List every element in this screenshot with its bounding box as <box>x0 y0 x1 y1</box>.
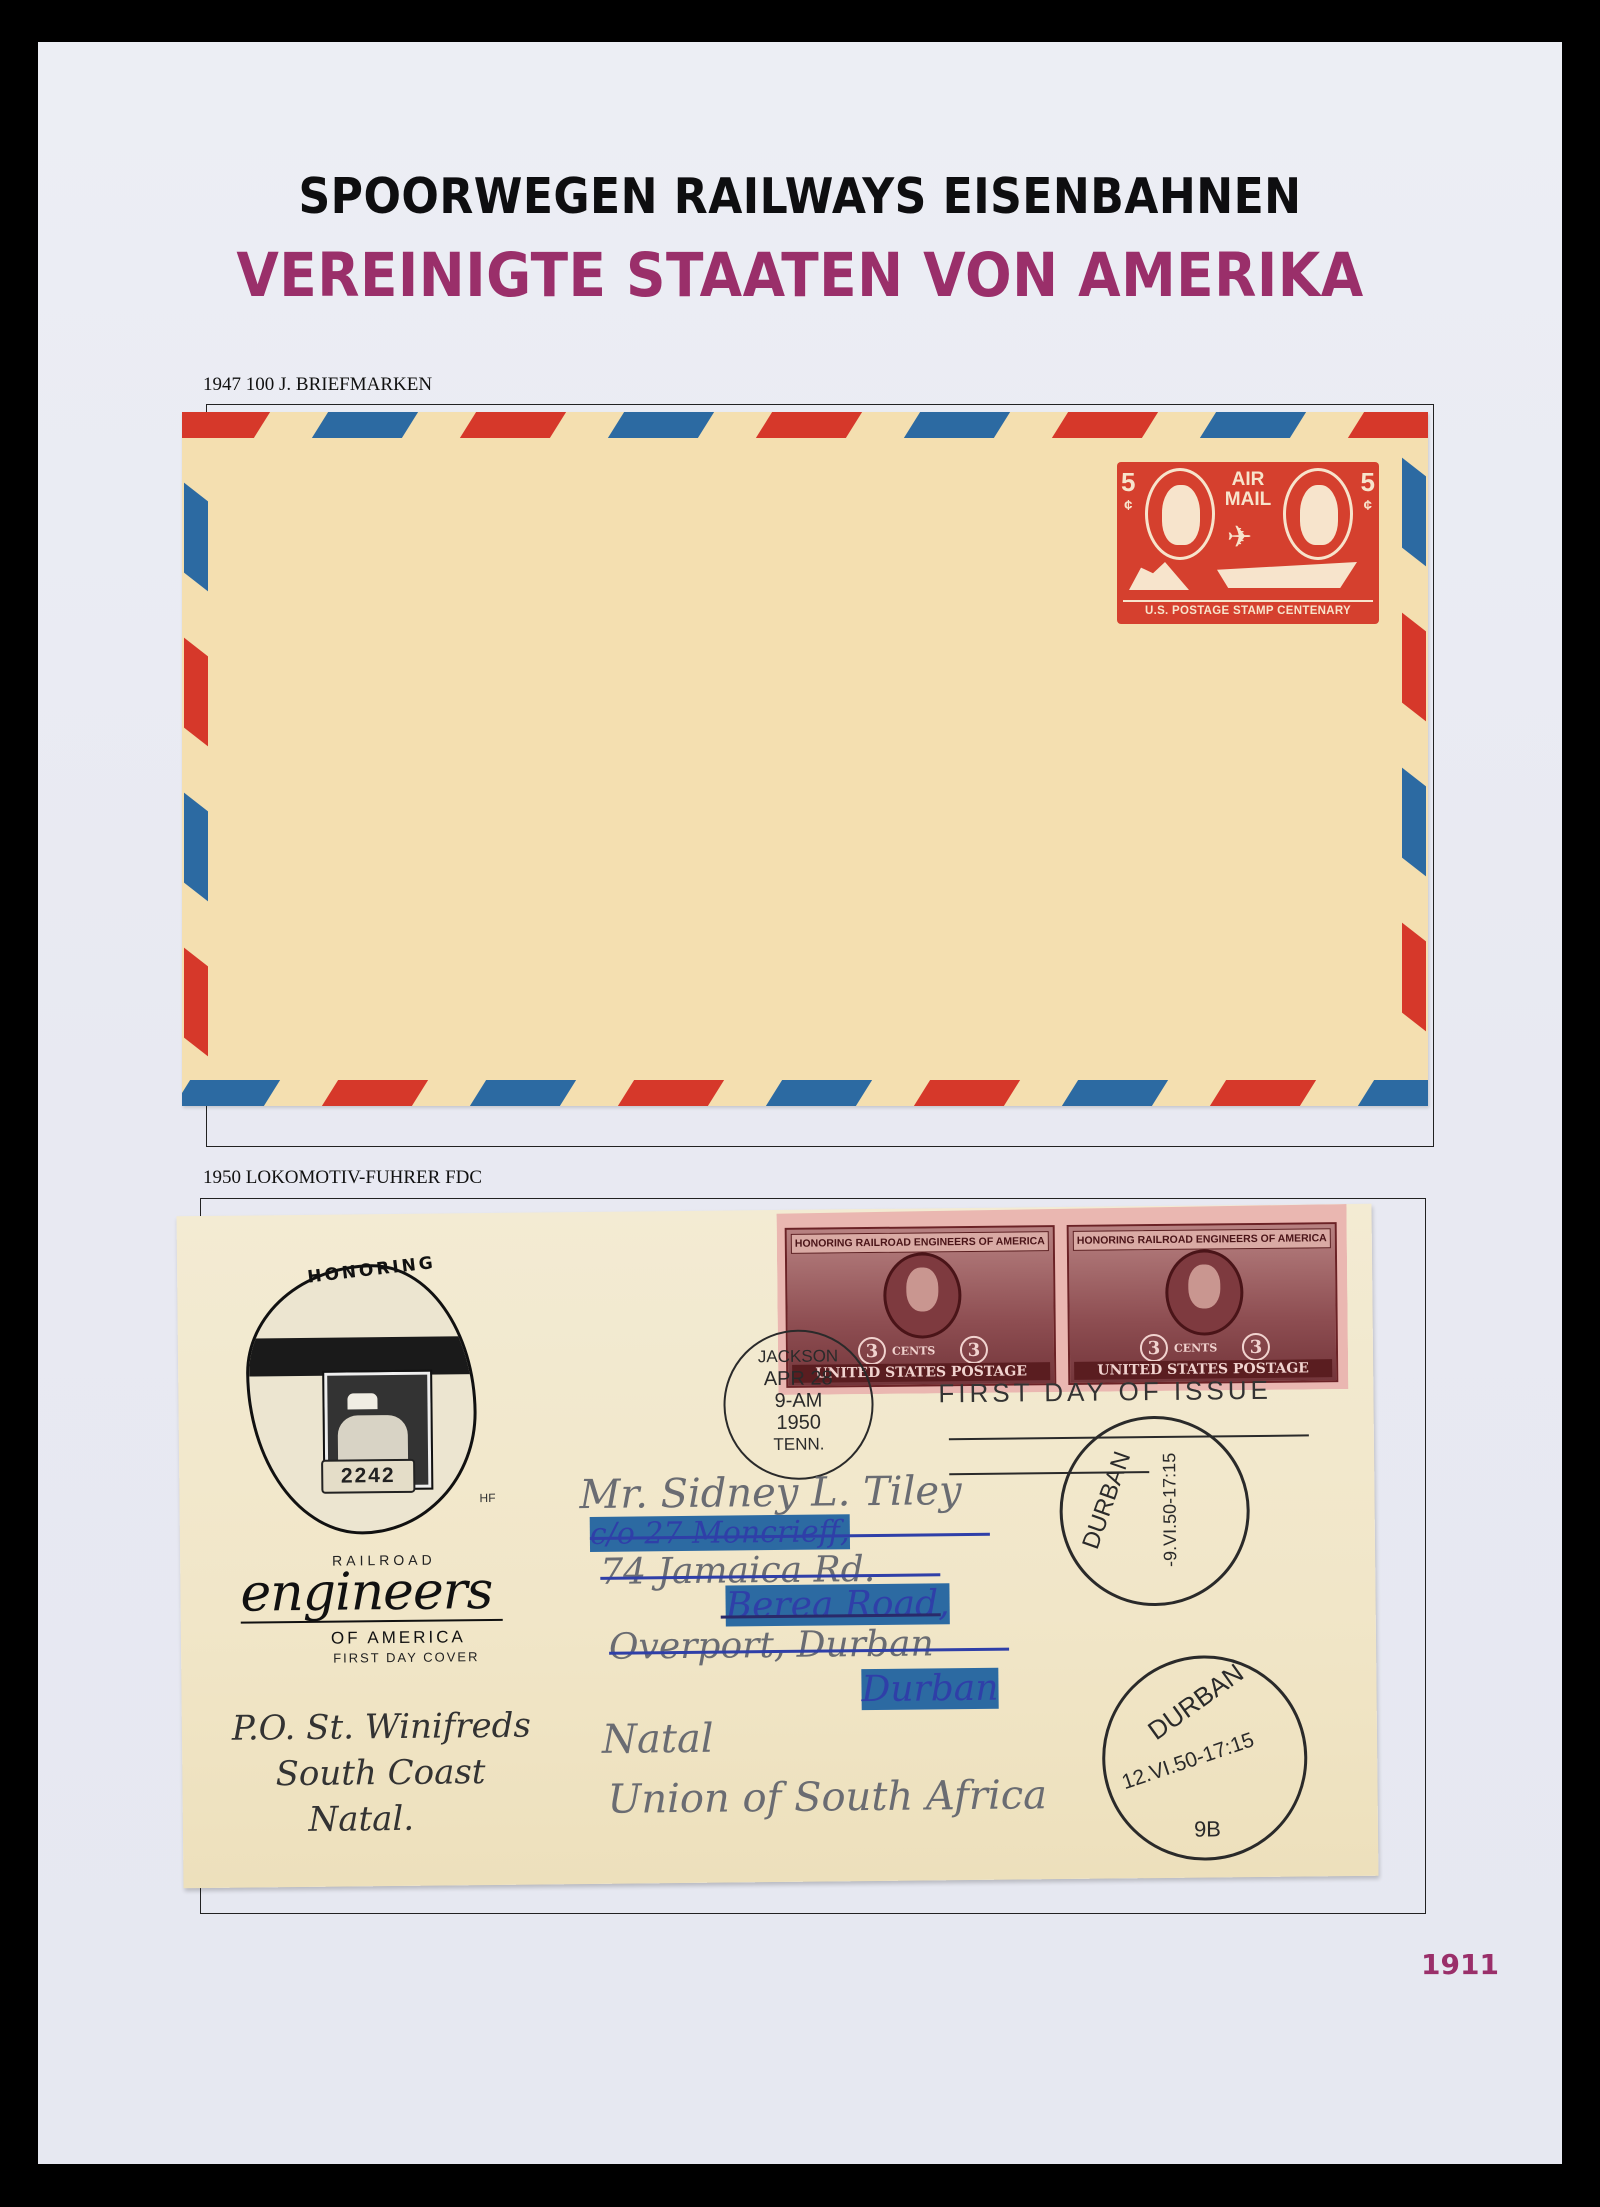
address-line-country: Union of South Africa <box>607 1772 1047 1823</box>
postmark-jackson-tenn: JACKSON APR 28 9-AM 1950 TENN. <box>723 1329 875 1481</box>
airmail-border-stripe <box>184 948 208 1057</box>
indicia-footer: U.S. POSTAGE STAMP CENTENARY <box>1123 600 1373 620</box>
address-line-struck: c/o 27 Moncrieff, <box>590 1514 850 1552</box>
address-line-forwarded: Durban <box>861 1668 998 1710</box>
first-day-cover: HONORING 2242 HF RAILROAD engineers OF A… <box>177 1204 1379 1888</box>
airmail-border-stripe <box>322 1080 428 1106</box>
airmail-border-stripe <box>1402 613 1426 722</box>
airmail-border-stripe <box>184 793 208 902</box>
address-line-name: Mr. Sidney L. Tiley <box>579 1468 962 1518</box>
airmail-border-stripe <box>1402 768 1426 877</box>
airmail-border-stripe <box>766 1080 872 1106</box>
address-line-struck: Overport, Durban <box>609 1623 934 1667</box>
portrait-washington <box>1283 468 1353 560</box>
airmail-border-stripe <box>312 412 418 438</box>
airmail-border-stripe <box>1062 1080 1168 1106</box>
postmark-durban-1: DURBAN -9.VI.50-17:15 <box>1059 1415 1251 1607</box>
locomotive-number-plate: 2242 <box>321 1459 415 1494</box>
casey-jones-portrait <box>1188 1264 1220 1308</box>
airmail-border-stripe <box>1200 412 1306 438</box>
cachet-of-america: OF AMERICA <box>331 1627 466 1648</box>
airmail-border-stripe <box>182 412 270 438</box>
denomination-left: 5 ¢ <box>1121 470 1135 518</box>
airmail-border-stripe <box>1358 1080 1428 1106</box>
item-label-1950: 1950 LOKOMOTIV-FUHRER FDC <box>203 1167 482 1189</box>
first-day-of-issue-cancel: FIRST DAY OF ISSUE <box>938 1375 1272 1409</box>
ship-icon <box>1217 562 1357 588</box>
airmail-border-stripe <box>184 638 208 747</box>
airmail-border-stripe <box>184 483 208 592</box>
stamp-railroad-engineers-2: HONORING RAILROAD ENGINEERS OF AMERICA 3… <box>1067 1222 1339 1385</box>
airplane-icon: ✈ <box>1227 520 1252 555</box>
airmail-indicia-stamp: 5 ¢ 5 ¢ AIR MAIL ✈ U.S. POSTAGE STAMP CE… <box>1117 462 1379 624</box>
airmail-border-stripe <box>1210 1080 1316 1106</box>
address-line-forwarded: Berea Road, <box>725 1583 949 1626</box>
sender-address: P.O. St. Winifreds South Coast Natal. <box>232 1703 532 1844</box>
page-title-country: VEREINIGTE STAATEN VON AMERIKA <box>80 240 1520 311</box>
item-label-1947: 1947 100 J. BRIEFMARKEN <box>203 374 432 396</box>
airmail-border-stripe <box>756 412 862 438</box>
artist-mark: HF <box>479 1491 495 1505</box>
cachet-illustration <box>245 1263 478 1535</box>
airmail-border-stripe <box>182 1080 280 1106</box>
casey-jones-portrait <box>906 1267 938 1311</box>
airmail-border-stripe <box>460 412 566 438</box>
page-title-railways: SPOORWEGEN RAILWAYS EISENBAHNEN <box>80 168 1520 225</box>
airmail-border-stripe <box>470 1080 576 1106</box>
airmail-border-stripe <box>618 1080 724 1106</box>
airmail-border-stripe <box>1052 412 1158 438</box>
portrait-franklin <box>1145 468 1215 560</box>
postmark-durban-2: DURBAN 12.VI.50-17:15 9B <box>1101 1654 1308 1861</box>
airmail-border-stripe <box>1402 923 1426 1032</box>
cachet-engineers: engineers <box>240 1563 502 1624</box>
airmail-border-stripe <box>914 1080 1020 1106</box>
airmail-border-stripe <box>608 412 714 438</box>
denomination-right: 5 ¢ <box>1361 470 1375 518</box>
address-line-province: Natal <box>602 1716 714 1763</box>
airmail-border-stripe <box>1348 412 1428 438</box>
cachet-railroad-engineers: HONORING 2242 HF RAILROAD engineers OF A… <box>237 1233 542 1676</box>
airmail-envelope: 5 ¢ 5 ¢ AIR MAIL ✈ U.S. POSTAGE STAMP CE… <box>182 412 1428 1106</box>
pony-express-rider-icon <box>1129 562 1189 590</box>
page-number: 1911 <box>1421 1948 1499 1981</box>
air-mail-heading: AIR MAIL <box>1209 470 1287 510</box>
airmail-border-stripe <box>904 412 1010 438</box>
airmail-border-stripe <box>1402 458 1426 567</box>
cachet-first-day-cover: FIRST DAY COVER <box>333 1649 479 1666</box>
